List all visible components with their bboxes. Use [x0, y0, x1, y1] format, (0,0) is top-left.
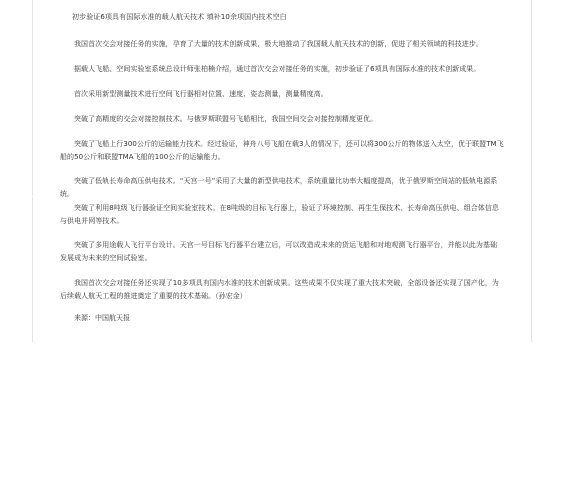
paragraph-4: 突破了高精度的交会对接控制技术。与俄罗斯联盟号飞船相比，我国空间交会对接控制精度… — [60, 113, 504, 126]
paragraph-8: 突破了多用途载人飞行平台设计。天宫一号目标飞行器平台建立后，可以改造成未来的货运… — [60, 239, 504, 265]
paragraph-6: 突破了低轨长寿命高压供电技术。“天宫一号”采用了大量的新型供电技术，系统重量比功… — [60, 175, 504, 201]
paragraph-2: 据载人飞船、空间实验室系统总设计师张柏楠介绍，通过首次交会对接任务的实施，初步验… — [60, 63, 504, 76]
paragraph-3: 首次采用新型测量技术进行空间飞行器相对位置、速度、姿态测量，测量精度高。 — [60, 88, 504, 101]
paragraph-9: 我国首次交会对接任务还实现了10多项具有国内水准的技术创新成果。这些成果不仅实现… — [60, 277, 504, 303]
paragraph-1: 我国首次交会对接任务的实施，孕育了大量的技术创新成果，极大地推动了我国载人航天技… — [60, 38, 504, 51]
article-source: 来源：中国航天报 — [74, 313, 130, 323]
article-title: 初步验证6项具有国际水准的载人航天技术 填补10余项国内技术空白 — [72, 12, 287, 22]
paragraph-7: 突破了利用8吨级飞行器验证空间实验室技术。在8吨级的目标飞行器上，验证了环境控制… — [60, 202, 504, 228]
paragraph-5: 突破了飞船上行300公斤的运输能力技术。经过验证，神舟八号飞船在载3人的情况下，… — [60, 138, 504, 164]
